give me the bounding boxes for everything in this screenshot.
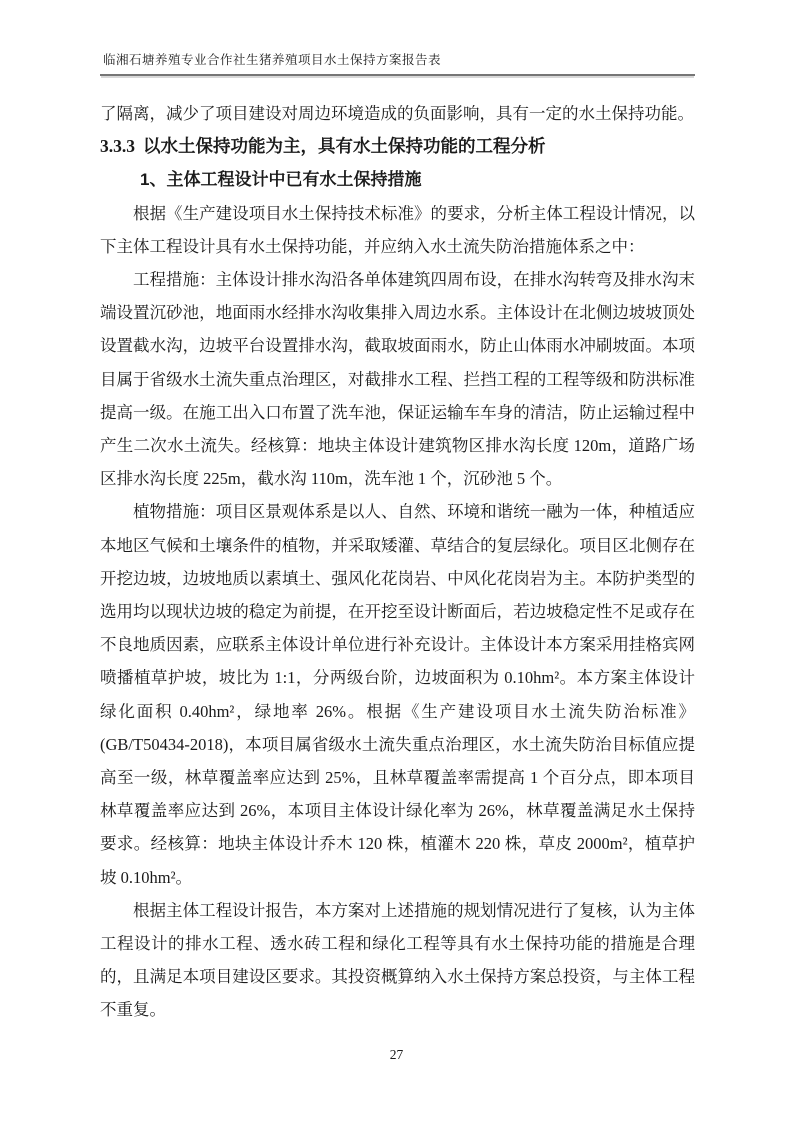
body-paragraph: 根据主体工程设计报告，本方案对上述措施的规划情况进行了复核，认为主体工程设计的排… [100, 894, 695, 1027]
section-number: 3.3.3 [100, 136, 135, 156]
header-title: 临湘石塘养殖专业合作社生猪养殖项目水土保持方案报告表 [100, 52, 695, 68]
document-body: 了隔离，减少了项目建设对周边环境造成的负面影响，具有一定的水土保持功能。 3.3… [100, 97, 695, 1027]
section-heading: 3.3.3以水土保持功能为主，具有水土保持功能的工程分析 [100, 130, 695, 163]
document-page: 临湘石塘养殖专业合作社生猪养殖项目水土保持方案报告表 了隔离，减少了项目建设对周… [0, 0, 793, 1122]
body-paragraph: 根据《生产建设项目水土保持技术标准》的要求，分析主体工程设计情况，以下主体工程设… [100, 197, 695, 263]
body-paragraph: 植物措施：项目区景观体系是以人、自然、环境和谐统一融为一体，种植适应本地区气候和… [100, 495, 695, 893]
section-title: 以水土保持功能为主，具有水土保持功能的工程分析 [143, 136, 546, 156]
subsection-heading: 1、主体工程设计中已有水土保持措施 [100, 163, 695, 196]
lead-continuation-paragraph: 了隔离，减少了项目建设对周边环境造成的负面影响，具有一定的水土保持功能。 [100, 97, 695, 130]
body-paragraph: 工程措施：主体设计排水沟沿各单体建筑四周布设，在排水沟转弯及排水沟末端设置沉砂池… [100, 263, 695, 495]
page-number: 27 [390, 1047, 404, 1062]
page-footer: 27 [0, 1046, 793, 1064]
document-header: 临湘石塘养殖专业合作社生猪养殖项目水土保持方案报告表 [100, 52, 695, 76]
